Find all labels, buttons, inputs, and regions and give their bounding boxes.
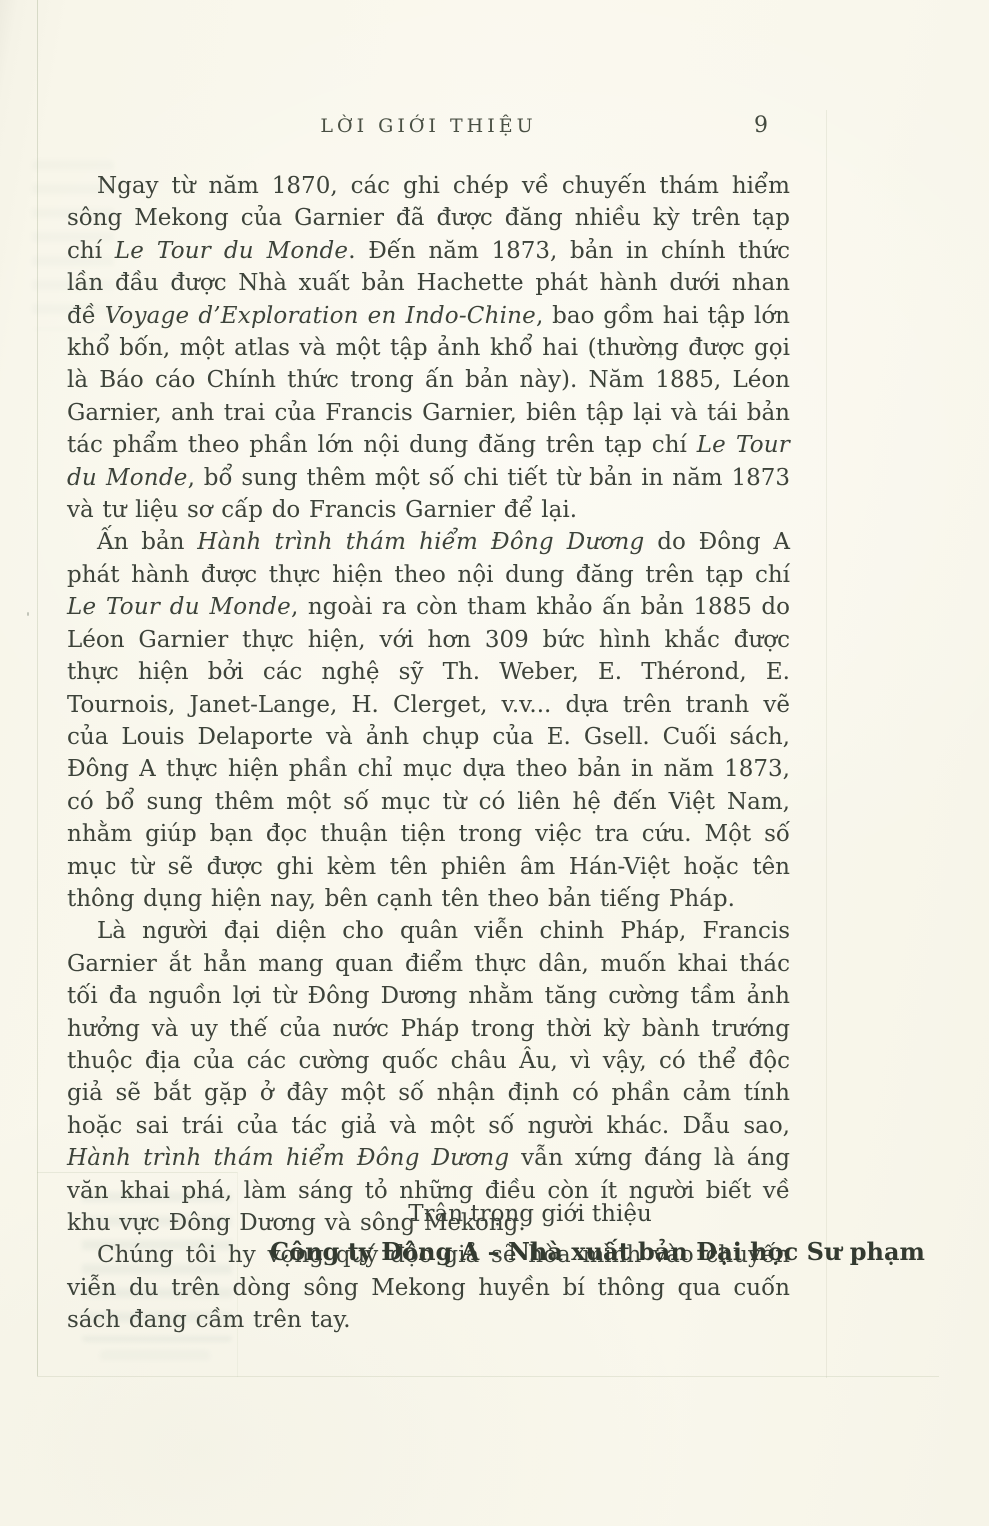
paragraph-3: Là người đại diện cho quân viễn chinh Ph… [67, 915, 790, 1239]
body-text-block: Ngay từ năm 1870, các ghi chép về chuyến… [67, 170, 790, 1337]
page-number: 9 [754, 113, 768, 138]
paragraph-1: Ngay từ năm 1870, các ghi chép về chuyến… [67, 170, 790, 526]
closing-block: Trân trọng giới thiệu Công ty Đông A – N… [270, 1199, 790, 1266]
show-through-frame-left-line [37, 0, 38, 1376]
closing-salutation: Trân trọng giới thiệu [270, 1199, 790, 1229]
show-through-frame-right-line [826, 110, 827, 1378]
paragraph-2: Ấn bản Hành trình thám hiểm Đông Dương d… [67, 526, 790, 915]
running-head: LỜI GIỚI THIỆU 9 [67, 115, 790, 143]
scan-speck [27, 612, 29, 616]
publisher-signature: Công ty Đông A – Nhà xuất bản Đại học Sư… [270, 1237, 790, 1266]
scanned-book-page: LỜI GIỚI THIỆU 9 Ngay từ năm 1870, các g… [0, 0, 989, 1526]
chapter-title: LỜI GIỚI THIỆU [67, 115, 790, 137]
